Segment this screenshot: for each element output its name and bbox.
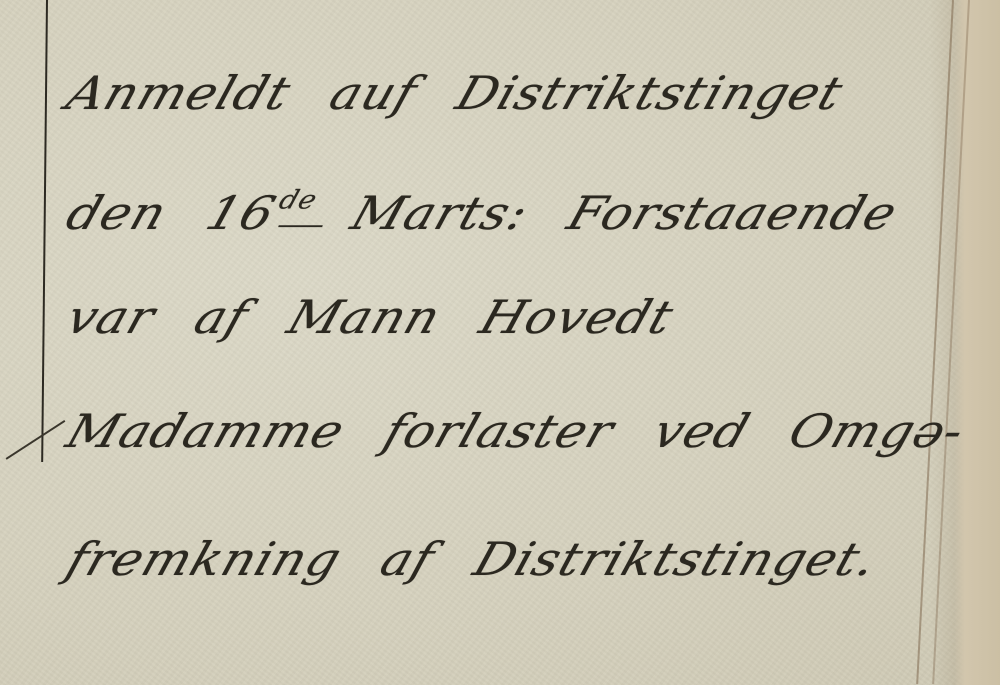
word: var bbox=[60, 291, 162, 344]
page-edge-rule bbox=[932, 0, 969, 684]
word: Madamme bbox=[60, 405, 352, 458]
word: Hovedt bbox=[473, 291, 680, 344]
word: forlaster bbox=[377, 405, 621, 458]
word: Marts: bbox=[345, 187, 536, 240]
word: fremkning bbox=[60, 533, 348, 586]
word: Distriktstinget. bbox=[467, 533, 884, 586]
manuscript-line-2: den 16de Marts: Forstaaende bbox=[60, 185, 931, 240]
manuscript-line-3: var af Mann Hovedt bbox=[60, 291, 706, 344]
word: auf bbox=[323, 67, 424, 120]
word: Mann bbox=[281, 291, 448, 344]
word: af bbox=[374, 533, 442, 586]
word: den bbox=[60, 187, 174, 240]
manuscript-line-4: Madamme forlaster ved Omgə- bbox=[60, 405, 998, 458]
word: Distriktstinget bbox=[450, 67, 850, 120]
ordinal-underline bbox=[278, 225, 323, 227]
ordinal-superscript: de bbox=[275, 185, 321, 215]
word: Omgə- bbox=[782, 405, 971, 458]
word: Forstaaende bbox=[561, 187, 904, 240]
word: Anmeldt bbox=[60, 67, 298, 120]
manuscript-line-1: Anmeldt auf Distriktstinget bbox=[60, 67, 876, 120]
page-edge bbox=[930, 0, 1000, 685]
manuscript-line-5: fremkning af Distriktstinget. bbox=[60, 533, 910, 586]
word: ved bbox=[647, 405, 757, 458]
date-day: 16 bbox=[200, 187, 283, 240]
word: af bbox=[188, 291, 256, 344]
